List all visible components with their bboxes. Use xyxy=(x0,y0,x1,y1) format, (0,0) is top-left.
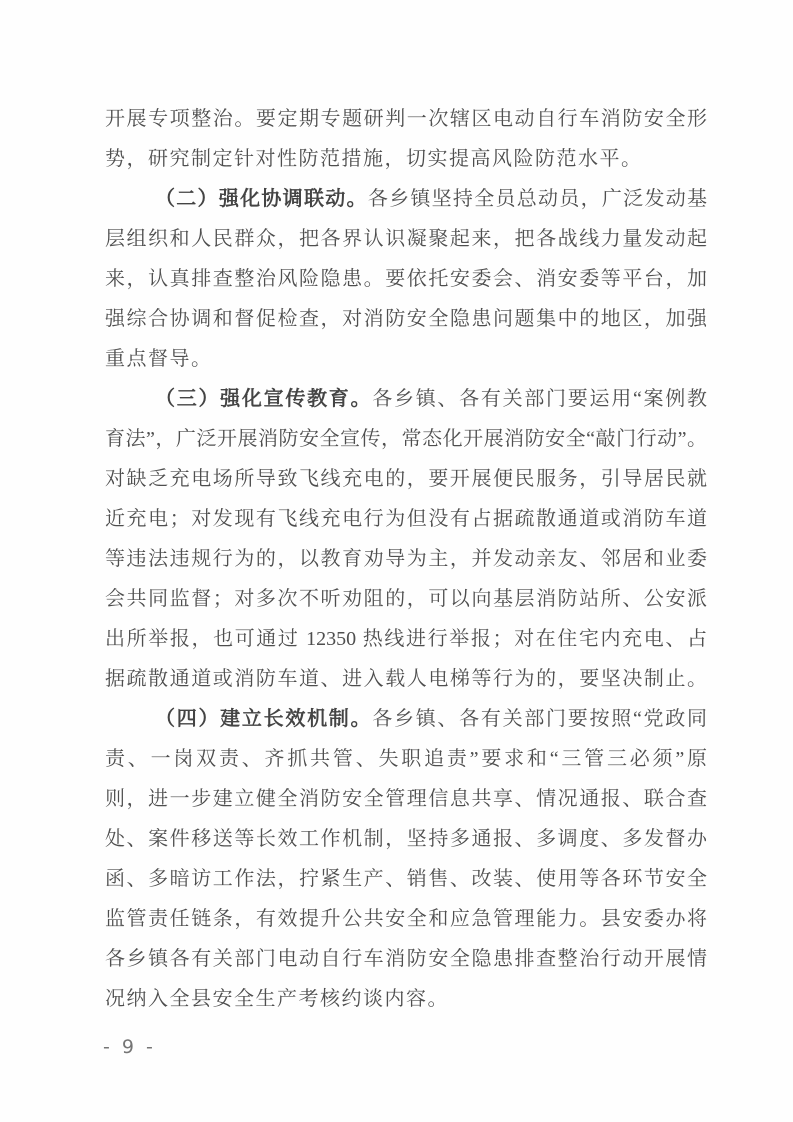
page-number: - 9 - xyxy=(103,1036,156,1058)
text-line: 责、一岗双责、齐抓共管、失职追责”要求和“三管三必须”原 xyxy=(105,739,707,779)
paragraph-lead: （三）强化宣传教育。 xyxy=(155,388,372,410)
text-line: 据疏散通道或消防车道、进入载人电梯等行为的，要坚决制止。 xyxy=(105,659,707,699)
text-line: 等违法违规行为的，以教育劝导为主，并发动亲友、邻居和业委 xyxy=(105,539,707,579)
text-line: 强综合协调和督促检查，对消防安全隐患问题集中的地区，加强 xyxy=(105,299,707,339)
text-line: （二）强化协调联动。各乡镇坚持全员总动员，广泛发动基 xyxy=(105,179,707,219)
text-line: 处、案件移送等长效工作机制，坚持多通报、多调度、多发督办 xyxy=(105,819,707,859)
paragraph-text: 各乡镇、各有关部门要运用“案例教 xyxy=(372,388,707,410)
text-line: 出所举报，也可通过 12350 热线进行举报；对在住宅内充电、占 xyxy=(105,619,707,659)
text-line: 监管责任链条，有效提升公共安全和应急管理能力。县安委办将 xyxy=(105,899,707,939)
paragraph-text: 各乡镇、各有关部门要按照“党政同 xyxy=(372,708,707,730)
text-line: 育法”，广泛开展消防安全宣传，常态化开展消防安全“敲门行动”。 xyxy=(105,419,707,459)
paragraph-lead: （四）建立长效机制。 xyxy=(155,708,372,730)
text-line: 对缺乏充电场所导致飞线充电的，要开展便民服务，引导居民就 xyxy=(105,459,707,499)
text-line: 势，研究制定针对性防范措施，切实提高风险防范水平。 xyxy=(105,139,707,179)
text-line: 则，进一步建立健全消防安全管理信息共享、情况通报、联合查 xyxy=(105,779,707,819)
text-line: 开展专项整治。要定期专题研判一次辖区电动自行车消防安全形 xyxy=(105,99,707,139)
paragraph-lead: （二）强化协调联动。 xyxy=(155,188,368,210)
paragraph-text: 各乡镇坚持全员总动员，广泛发动基 xyxy=(368,188,707,210)
text-line: 各乡镇各有关部门电动自行车消防安全隐患排查整治行动开展情 xyxy=(105,939,707,979)
text-line: 函、多暗访工作法，拧紧生产、销售、改装、使用等各环节安全 xyxy=(105,859,707,899)
text-line: （四）建立长效机制。各乡镇、各有关部门要按照“党政同 xyxy=(105,699,707,739)
text-line: 会共同监督；对多次不听劝阻的，可以向基层消防站所、公安派 xyxy=(105,579,707,619)
text-line: 况纳入全县安全生产考核约谈内容。 xyxy=(105,979,707,1019)
text-line: 来，认真排查整治风险隐患。要依托安委会、消安委等平台，加 xyxy=(105,259,707,299)
text-line: 近充电；对发现有飞线充电行为但没有占据疏散通道或消防车道 xyxy=(105,499,707,539)
text-line: （三）强化宣传教育。各乡镇、各有关部门要运用“案例教 xyxy=(105,379,707,419)
text-line: 层组织和人民群众，把各界认识凝聚起来，把各战线力量发动起 xyxy=(105,219,707,259)
document-body: 开展专项整治。要定期专题研判一次辖区电动自行车消防安全形势，研究制定针对性防范措… xyxy=(105,99,707,1019)
document-page: 开展专项整治。要定期专题研判一次辖区电动自行车消防安全形势，研究制定针对性防范措… xyxy=(0,0,793,1122)
text-line: 重点督导。 xyxy=(105,339,707,379)
